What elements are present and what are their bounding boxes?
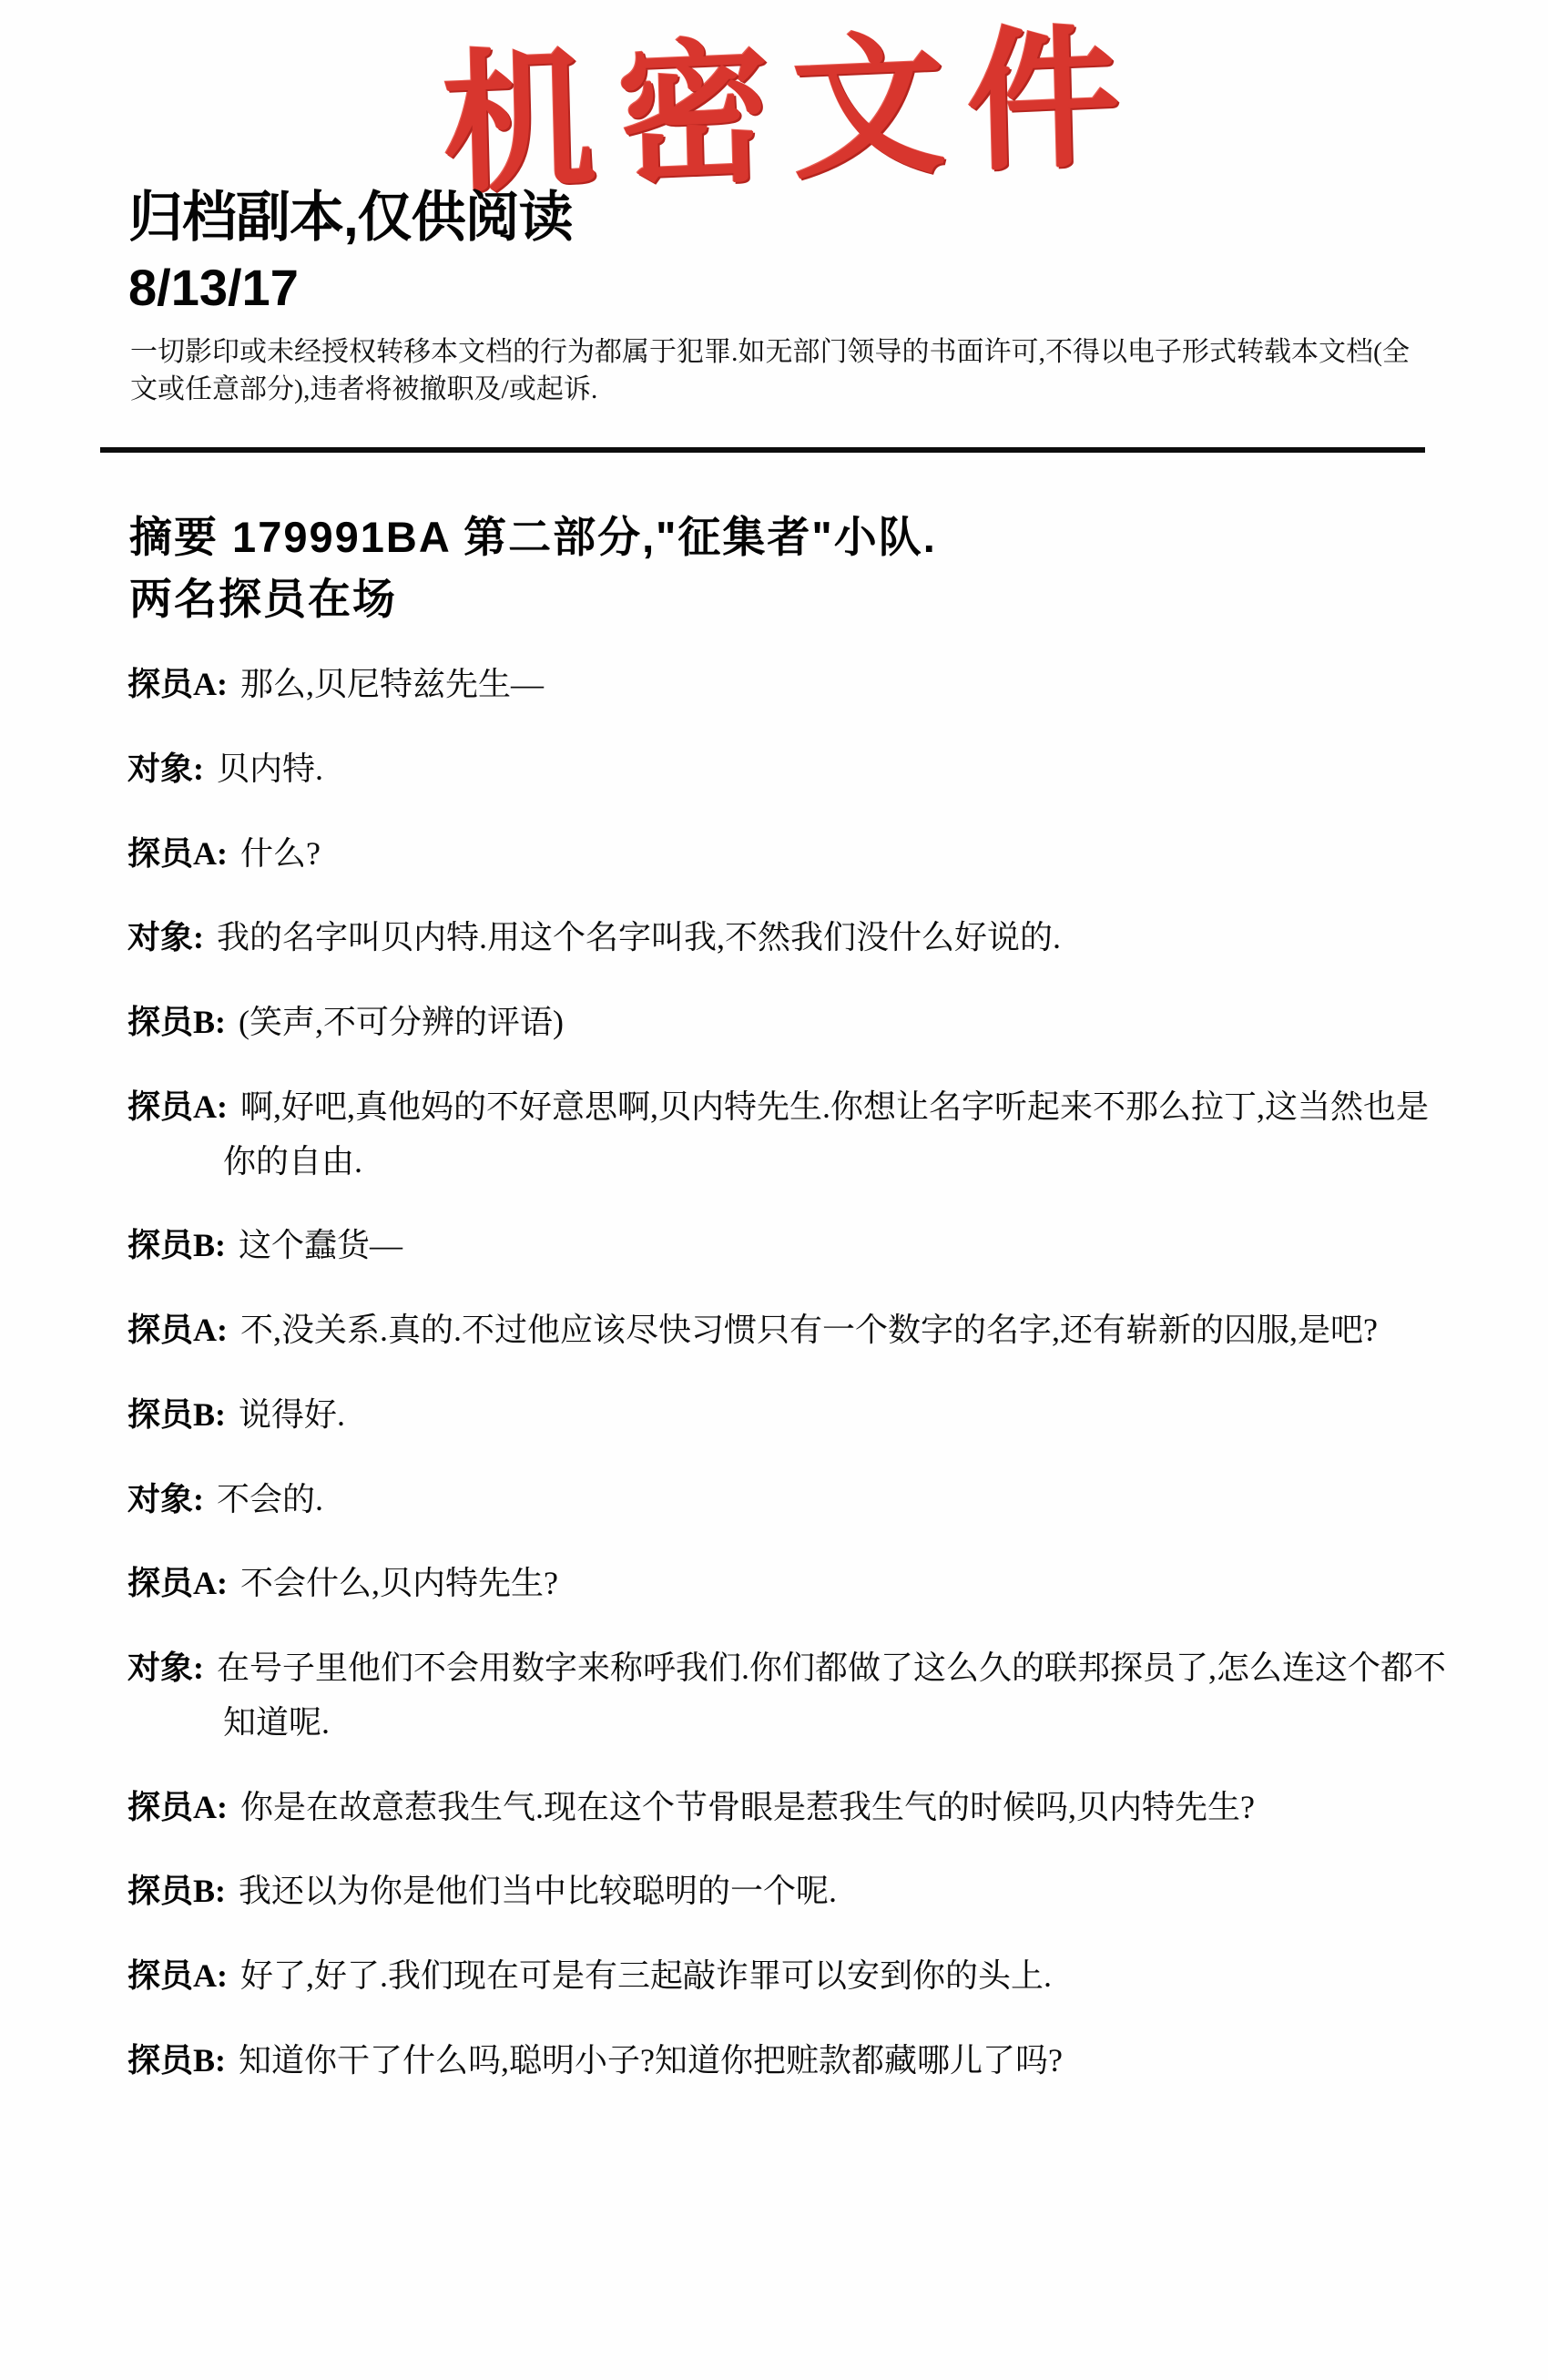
transcript-line: 探员B:这个蠢货— <box>127 1219 1448 1273</box>
speaker-label: 探员A: <box>127 1088 228 1125</box>
speaker-label: 探员B: <box>127 1004 226 1040</box>
transcript-line: 对象:在号子里他们不会用数字来称呼我们.你们都做了这么久的联邦探员了,怎么连这个… <box>127 1641 1448 1751</box>
transcript-line: 对象:不会的. <box>127 1473 1448 1527</box>
speaker-label: 探员A: <box>127 835 228 872</box>
speaker-label: 探员B: <box>127 1873 226 1909</box>
speaker-label: 对象: <box>127 1481 204 1517</box>
transcript-line: 探员B:知道你干了什么吗,聪明小子?知道你把赃款都藏哪儿了吗? <box>127 2034 1448 2089</box>
transcript-line: 探员A:什么? <box>127 827 1448 882</box>
utterance-text: 贝内特. <box>217 751 323 787</box>
archive-note-heading: 归档副本,仅供阅读 <box>128 188 573 248</box>
utterance-text: 在号子里他们不会用数字来称呼我们.你们都做了这么久的联邦探员了,怎么连这个都不知… <box>217 1650 1446 1741</box>
utterance-text: 知道你干了什么吗,聪明小子?知道你把赃款都藏哪儿了吗? <box>239 2042 1063 2079</box>
utterance-text: 好了,好了.我们现在可是有三起敲诈罪可以安到你的头上. <box>240 1957 1052 1994</box>
utterance-text: 说得好. <box>239 1396 345 1433</box>
summary-title-line1: 摘要 179991BA 第二部分,"征集者"小队. <box>129 506 937 568</box>
utterance-text: 我的名字叫贝内特.用这个名字叫我,不然我们没什么好说的. <box>217 919 1061 955</box>
transcript-line: 探员B:我还以为你是他们当中比较聪明的一个呢. <box>127 1864 1448 1919</box>
transcript-line: 探员A:好了,好了.我们现在可是有三起敲诈罪可以安到你的头上. <box>127 1949 1448 2004</box>
speaker-label: 探员B: <box>127 2042 226 2079</box>
speaker-label: 对象: <box>127 919 204 955</box>
speaker-label: 探员B: <box>127 1227 226 1263</box>
transcript-line: 对象:我的名字叫贝内特.用这个名字叫我,不然我们没什么好说的. <box>127 911 1448 965</box>
utterance-text: 不会的. <box>217 1481 323 1517</box>
speaker-label: 对象: <box>127 751 204 787</box>
document-date: 8/13/17 <box>128 258 299 317</box>
transcript-line: 探员B:(笑声,不可分辨的评语) <box>127 996 1448 1050</box>
utterance-text: 我还以为你是他们当中比较聪明的一个呢. <box>239 1873 837 1909</box>
utterance-text: 不,没关系.真的.不过他应该尽快习惯只有一个数字的名字,还有崭新的囚服,是吧? <box>240 1312 1378 1348</box>
transcript-line: 探员A:那么,贝尼特兹先生— <box>127 658 1448 712</box>
transcript-line: 探员A:不会什么,贝内特先生? <box>127 1557 1448 1611</box>
summary-title-line2: 两名探员在场 <box>129 568 937 630</box>
document-page: 机密文件 归档副本,仅供阅读 8/13/17 一切影印或未经授权转移本文档的行为… <box>0 0 1548 2380</box>
utterance-text: 你是在故意惹我生气.现在这个节骨眼是惹我生气的时候吗,贝内特先生? <box>240 1789 1255 1825</box>
summary-title: 摘要 179991BA 第二部分,"征集者"小队. 两名探员在场 <box>129 506 937 630</box>
speaker-label: 对象: <box>127 1650 204 1686</box>
horizontal-divider <box>100 447 1425 453</box>
classified-stamp: 机密文件 <box>399 18 1185 204</box>
speaker-label: 探员A: <box>127 1789 228 1825</box>
utterance-text: 啊,好吧,真他妈的不好意思啊,贝内特先生.你想让名字听起来不那么拉丁,这当然也是… <box>223 1088 1429 1180</box>
transcript-line: 探员A:你是在故意惹我生气.现在这个节骨眼是惹我生气的时候吗,贝内特先生? <box>127 1781 1448 1835</box>
utterance-text: (笑声,不可分辨的评语) <box>239 1004 564 1040</box>
speaker-label: 探员A: <box>127 1565 228 1601</box>
speaker-label: 探员A: <box>127 1957 228 1994</box>
transcript-line: 探员A:啊,好吧,真他妈的不好意思啊,贝内特先生.你想让名字听起来不那么拉丁,这… <box>127 1080 1448 1190</box>
transcript-line: 对象:贝内特. <box>127 742 1448 797</box>
transcript: 探员A:那么,贝尼特兹先生— 对象:贝内特. 探员A:什么? 对象:我的名字叫贝… <box>127 658 1448 2119</box>
speaker-label: 探员A: <box>127 666 228 702</box>
speaker-label: 探员B: <box>127 1396 226 1433</box>
utterance-text: 什么? <box>240 835 321 872</box>
transcript-line: 探员A:不,没关系.真的.不过他应该尽快习惯只有一个数字的名字,还有崭新的囚服,… <box>127 1303 1448 1358</box>
utterance-text: 那么,贝尼特兹先生— <box>240 666 544 702</box>
copy-disclaimer-text: 一切影印或未经授权转移本文档的行为都属于犯罪.如无部门领导的书面许可,不得以电子… <box>130 333 1423 409</box>
speaker-label: 探员A: <box>127 1312 228 1348</box>
utterance-text: 不会什么,贝内特先生? <box>240 1565 558 1601</box>
utterance-text: 这个蠢货— <box>239 1227 402 1263</box>
transcript-line: 探员B:说得好. <box>127 1388 1448 1443</box>
